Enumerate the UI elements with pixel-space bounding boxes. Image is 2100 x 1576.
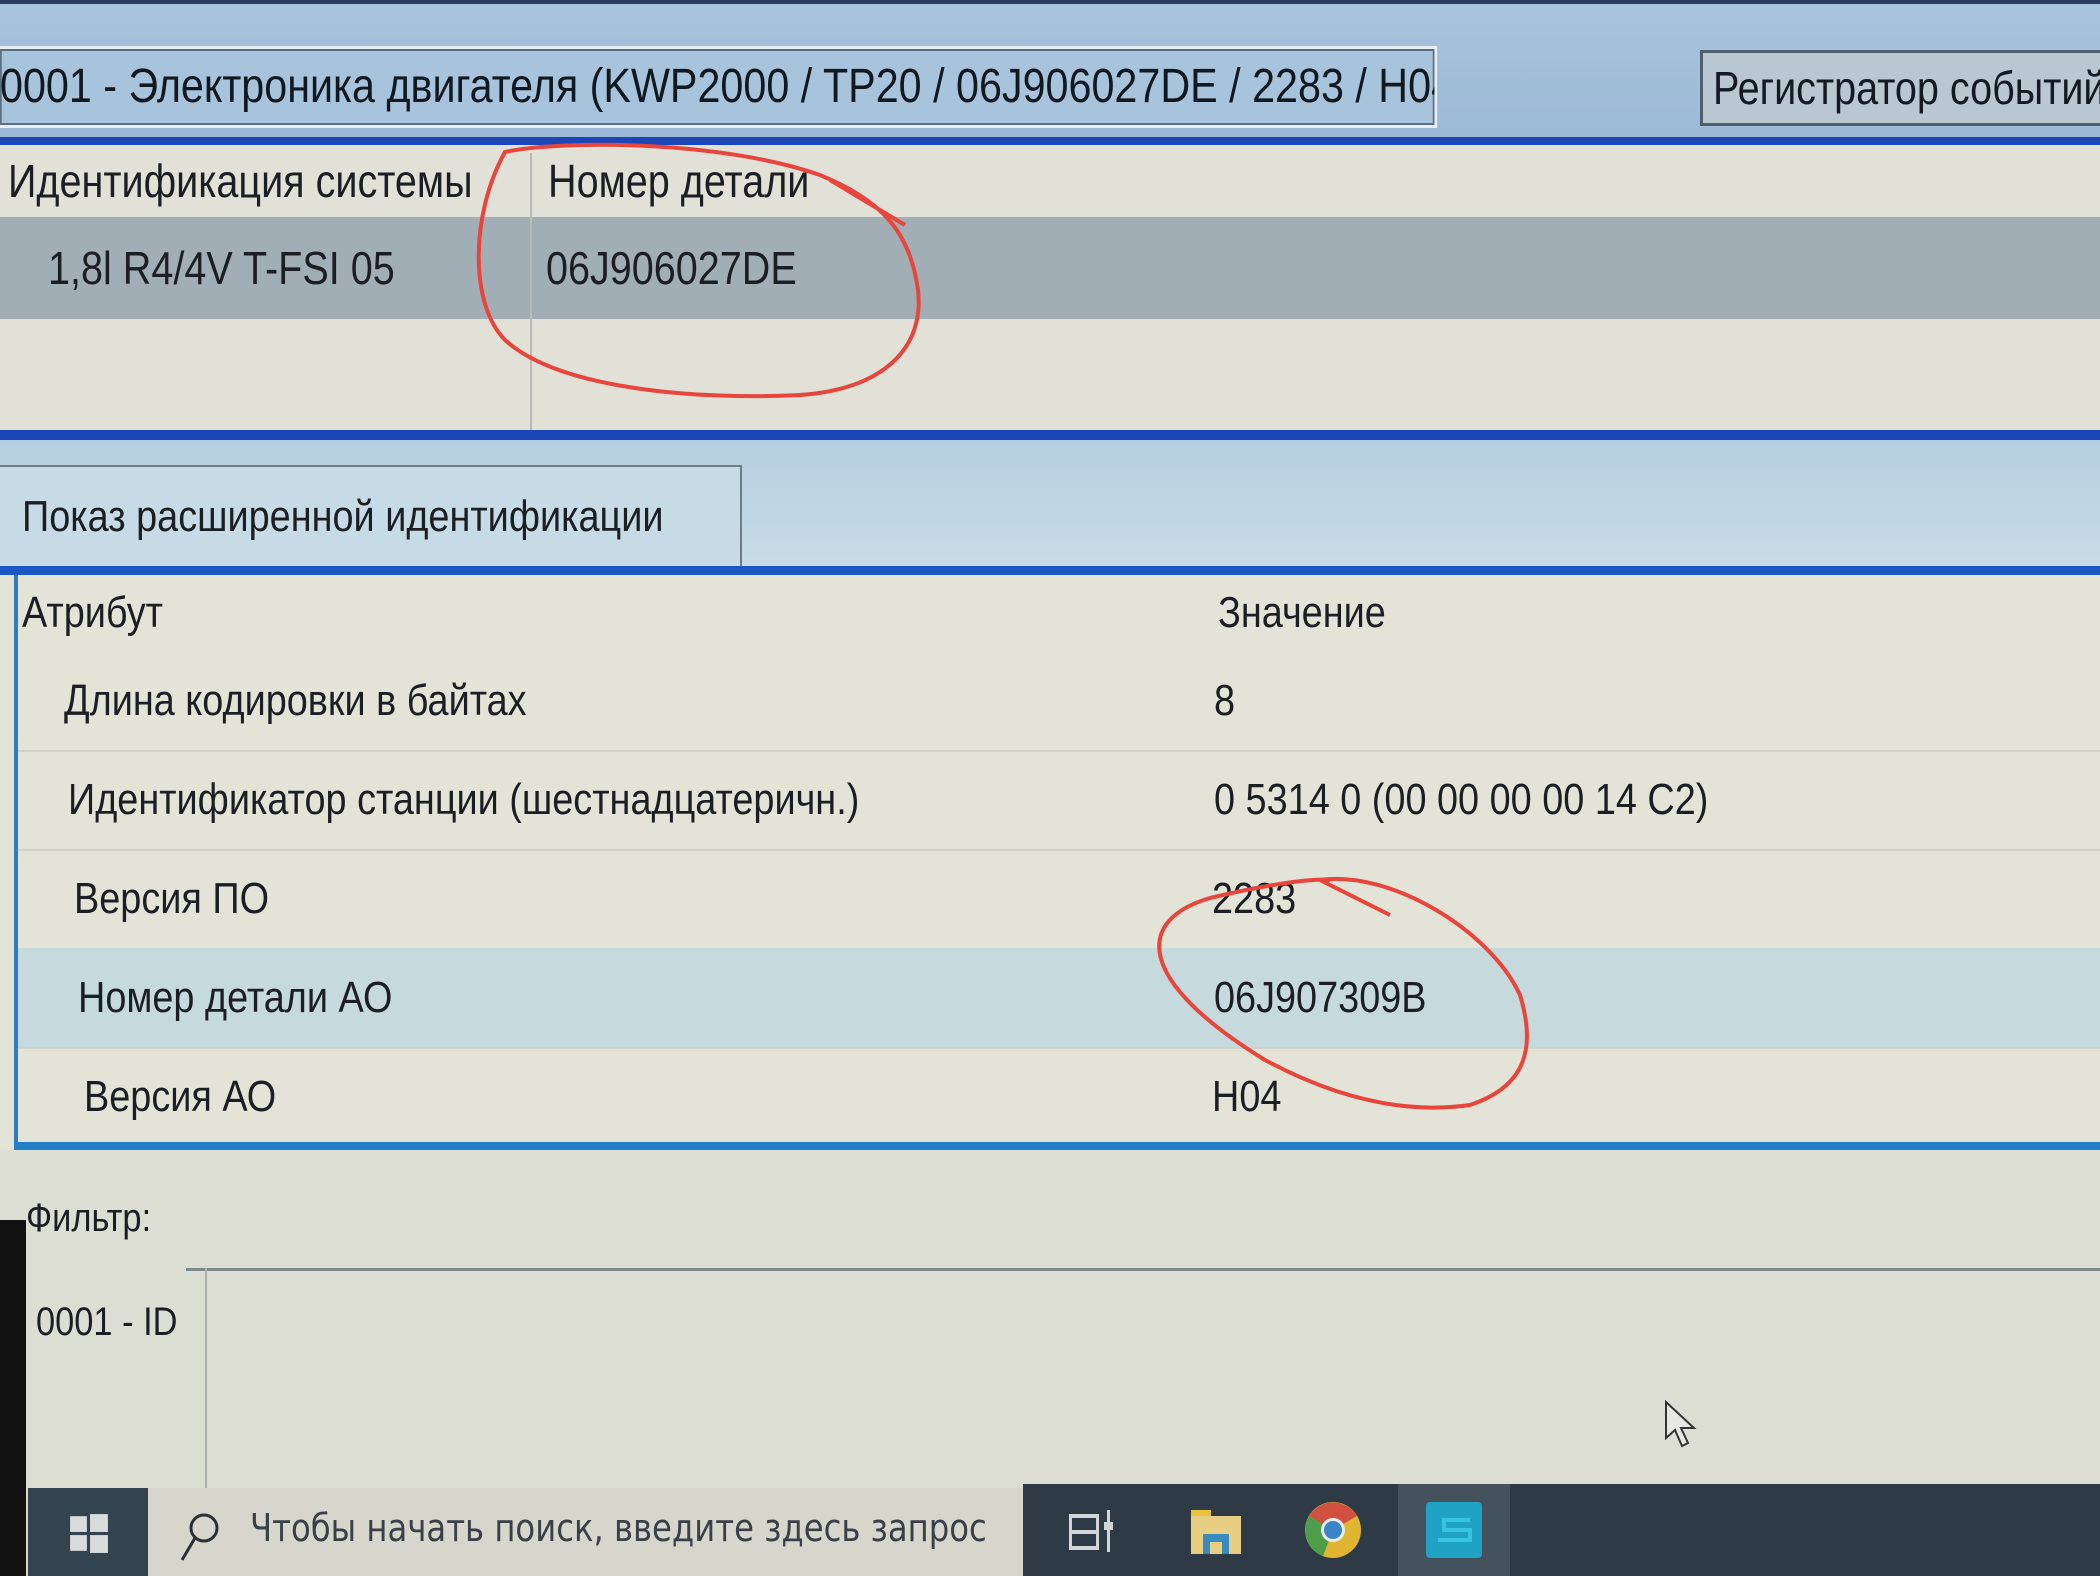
- mouse-cursor-icon: [1664, 1400, 1698, 1448]
- filter-input[interactable]: [186, 1188, 2100, 1271]
- list-item[interactable]: 0001 - ID: [36, 1300, 201, 1345]
- column-header-attribute[interactable]: Атрибут: [22, 575, 186, 651]
- value-cell: 2283: [1212, 849, 1310, 948]
- event-recorder-button[interactable]: Регистратор событий: [1700, 50, 2100, 126]
- divider: [0, 137, 2100, 145]
- value-cell: 0 5314 0 (00 00 00 00 14 C2): [1214, 750, 1789, 849]
- filter-panel: Фильтр: 0001 - ID: [0, 1150, 2100, 1490]
- module-title-text: 0001 - Электроника двигателя (KWP2000 / …: [0, 60, 1437, 113]
- table-border: [14, 1142, 2100, 1150]
- diagnostic-app-button[interactable]: [1398, 1484, 1510, 1576]
- column-divider: [530, 153, 532, 433]
- search-icon: [178, 1510, 222, 1564]
- attribute-cell: Идентификатор станции (шестнадцатеричн.): [68, 750, 988, 849]
- value-cell: 06J907309B: [1214, 948, 1461, 1047]
- system-identification-table: Идентификация системы Номер детали 1,8l …: [0, 145, 2100, 435]
- file-explorer-icon[interactable]: [1183, 1504, 1247, 1560]
- table-row[interactable]: Версия ПО 2283: [18, 849, 2100, 950]
- column-header-part-number[interactable]: Номер детали: [548, 145, 852, 217]
- system-cell: 1,8l R4/4V T-FSI 05: [48, 217, 451, 319]
- table-row[interactable]: Идентификатор станции (шестнадцатеричн.)…: [18, 750, 2100, 851]
- search-placeholder: Чтобы начать поиск, введите здесь запрос: [250, 1506, 1117, 1550]
- filter-label: Фильтр:: [26, 1196, 172, 1241]
- divider: [0, 430, 2100, 440]
- attribute-cell: Версия АО: [84, 1047, 308, 1146]
- table-row[interactable]: Длина кодировки в байтах 8: [18, 651, 2100, 752]
- screen-bezel: [0, 1220, 26, 1576]
- column-header-system[interactable]: Идентификация системы: [8, 145, 548, 217]
- tab-strip: Показ расширенной идентификации: [0, 440, 2100, 568]
- value-cell: H04: [1212, 1047, 1293, 1146]
- attribute-cell: Номер детали АО: [78, 948, 444, 1047]
- table-row[interactable]: Версия АО H04: [18, 1047, 2100, 1146]
- module-title: 0001 - Электроника двигателя (KWP2000 / …: [0, 46, 1437, 128]
- task-view-icon[interactable]: [1063, 1504, 1127, 1560]
- event-recorder-label: Регистратор событий: [1713, 53, 2100, 123]
- column-header-value[interactable]: Значение: [1218, 575, 1413, 651]
- attribute-cell: Длина кодировки в байтах: [64, 651, 602, 750]
- diagnostic-app-icon: [1424, 1500, 1484, 1560]
- table-row[interactable]: Номер детали АО 06J907309B: [18, 948, 2100, 1049]
- tab-extended-identification[interactable]: Показ расширенной идентификации: [0, 465, 742, 568]
- divider: [0, 0, 2100, 4]
- table-row[interactable]: 1,8l R4/4V T-FSI 05 06J906027DE: [0, 217, 2100, 319]
- module-header: 0001 - Электроника двигателя (KWP2000 / …: [0, 0, 2100, 145]
- value-cell: 8: [1214, 651, 1238, 750]
- attribute-cell: Версия ПО: [74, 849, 301, 948]
- chrome-icon[interactable]: [1301, 1498, 1365, 1562]
- taskbar-search[interactable]: Чтобы начать поиск, введите здесь запрос: [148, 1488, 1023, 1576]
- windows-start-icon: [68, 1512, 110, 1554]
- start-button[interactable]: [28, 1488, 148, 1576]
- divider: [0, 566, 2100, 575]
- taskbar: [1023, 1484, 2100, 1576]
- attribute-table: Атрибут Значение Длина кодировки в байта…: [0, 575, 2100, 1150]
- part-number-cell: 06J906027DE: [546, 217, 838, 319]
